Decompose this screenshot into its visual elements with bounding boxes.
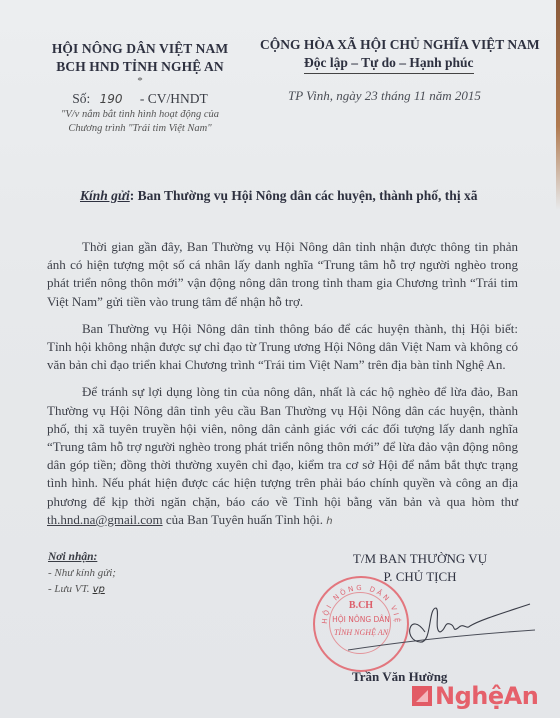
issuer-header: HỘI NÔNG DÂN VIỆT NAM BCH HND TỈNH NGHỆ … — [40, 40, 240, 136]
national-header: CỘNG HÒA XÃ HỘI CHỦ NGHĨA VIỆT NAM Độc l… — [258, 36, 560, 104]
nation-title: CỘNG HÒA XÃ HỘI CHỦ NGHĨA VIỆT NAM — [258, 36, 560, 54]
recipient-item: - Như kính gửi; — [48, 565, 116, 581]
paragraph-text: Để tránh sự lợi dụng lòng tin của nông d… — [47, 384, 518, 508]
subject-line-1: "V/v nắm bắt tình hình hoạt động của — [40, 108, 240, 122]
watermark-text: NghệAn — [435, 682, 538, 710]
recipient-item: - Lưu VT.vp — [48, 581, 116, 598]
paragraph: Để tránh sự lợi dụng lòng tin của nông d… — [47, 383, 518, 531]
number-handwritten: 190 — [100, 92, 123, 106]
email-link[interactable]: th.hnd.na@gmail.com — [47, 512, 163, 527]
wooden-background-edge — [556, 0, 560, 210]
signature-title: T/M BAN THƯỜNG VỤ — [330, 550, 510, 568]
publisher-watermark: NghệAn — [412, 681, 538, 711]
paragraph-text: của Ban Tuyên huấn Tỉnh hội. — [163, 512, 323, 527]
place-date: TP Vinh, ngày 23 tháng 11 năm 2015 — [288, 88, 560, 104]
recipient-line: Kính gửi: Ban Thường vụ Hội Nông dân các… — [80, 188, 477, 204]
recipient-label: Kính gửi — [80, 188, 130, 203]
document-number: Số: 190 - CV/HNDT — [40, 90, 240, 108]
national-motto: Độc lập – Tự do – Hạnh phúc — [304, 54, 474, 74]
issuer-org: HỘI NÔNG DÂN VIỆT NAM — [40, 40, 240, 58]
paragraph: Ban Thường vụ Hội Nông dân tỉnh thông bá… — [47, 320, 518, 375]
issuer-branch: BCH HND TỈNH NGHỆ AN — [40, 58, 240, 76]
letter-body: Thời gian gần đây, Ban Thường vụ Hội Nôn… — [47, 238, 518, 540]
newspaper-logo-icon — [412, 686, 432, 706]
recipients-title: Nơi nhận: — [48, 549, 116, 565]
recipient-to: Ban Thường vụ Hội Nông dân các huyện, th… — [134, 188, 477, 203]
handwritten-initial: h — [326, 516, 332, 527]
number-label: Số: — [72, 91, 90, 106]
number-suffix: - CV/HNDT — [140, 91, 208, 106]
handwritten-note: vp — [93, 584, 105, 595]
recipients-block: Nơi nhận: - Như kính gửi; - Lưu VT.vp — [48, 549, 116, 598]
subject-line-2: Chương trình "Trái tim Việt Nam" — [40, 122, 240, 136]
paragraph: Thời gian gần đây, Ban Thường vụ Hội Nôn… — [47, 238, 518, 311]
star-mark: * — [40, 76, 240, 87]
handwritten-signature — [340, 600, 540, 660]
